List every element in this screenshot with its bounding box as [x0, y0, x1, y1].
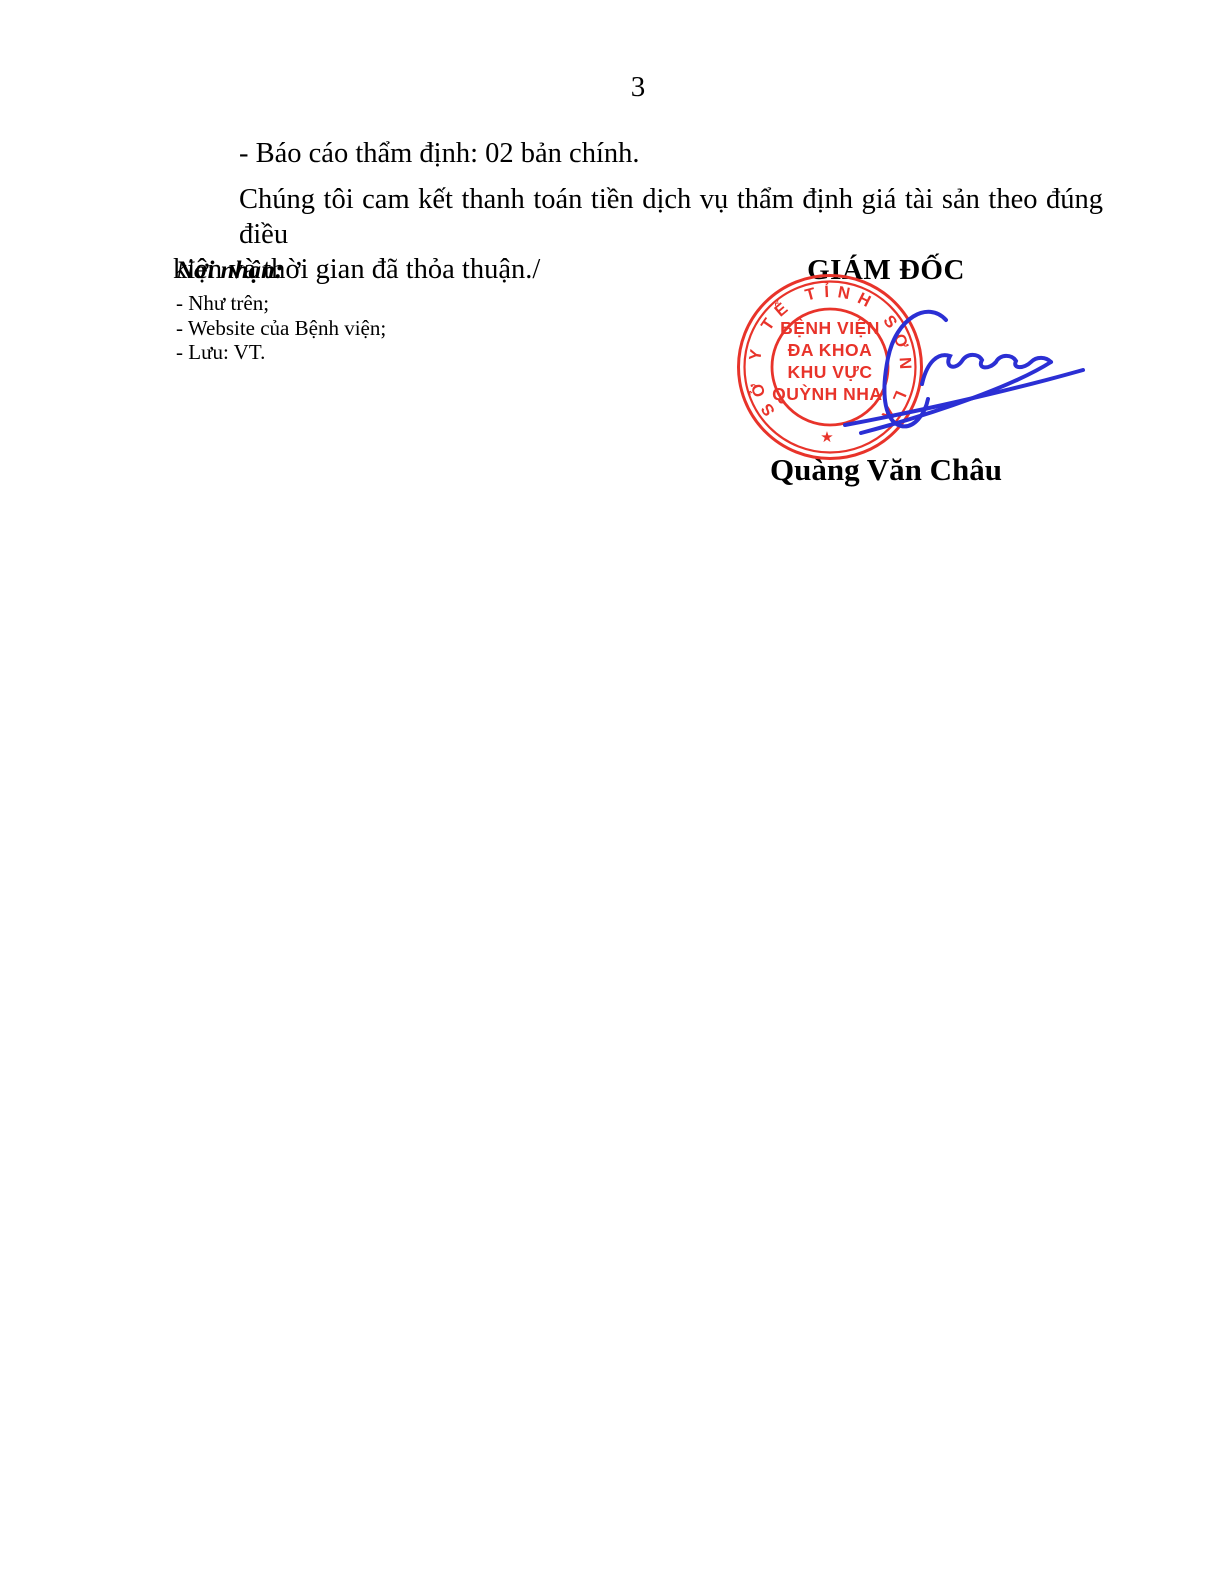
signature-stroke-tail	[861, 362, 1051, 433]
recipients-heading: Nơi nhận:	[176, 257, 386, 285]
signature-stroke-underline	[845, 370, 1083, 425]
recipients-block: Nơi nhận: - Như trên; - Website của Bệnh…	[176, 257, 386, 365]
document-page: 3 - Báo cáo thẩm định: 02 bản chính. Chú…	[0, 0, 1224, 1584]
commitment-paragraph-line-1: Chúng tôi cam kết thanh toán tiền dịch v…	[173, 182, 1103, 252]
attachment-line: - Báo cáo thẩm định: 02 bản chính.	[173, 136, 1103, 171]
recipient-item: - Website của Bệnh viện;	[176, 316, 386, 341]
handwritten-signature	[720, 280, 1100, 450]
page-number: 3	[173, 71, 1103, 104]
signature-stroke-humps	[922, 355, 1051, 384]
recipient-item: - Như trên;	[176, 291, 386, 316]
recipient-item: - Lưu: VT.	[176, 340, 386, 365]
